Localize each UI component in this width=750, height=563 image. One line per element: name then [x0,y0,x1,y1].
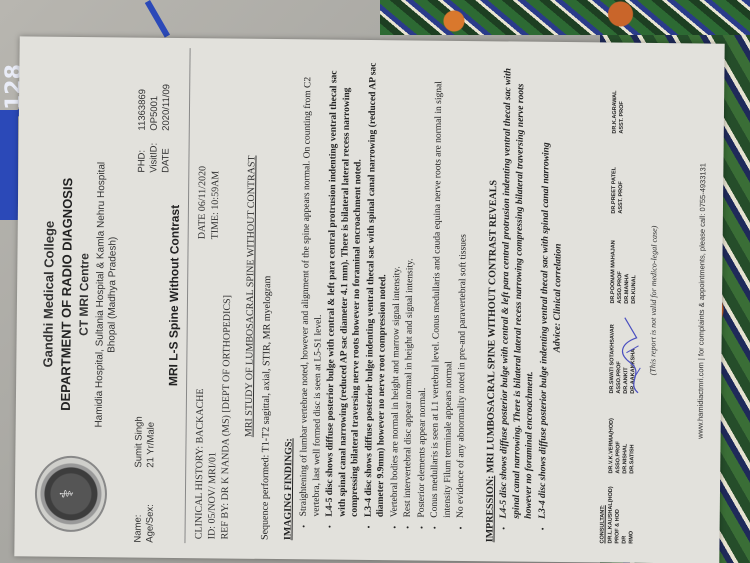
imaging-findings: IMAGING FINDINGS: Straightening of lumba… [282,50,473,542]
study-date: DATE 06/11/2020 [196,166,210,239]
report-header: ⚕ Gandhi Medical College DEPARTMENT OF R… [14,36,129,552]
divider [184,48,190,543]
disclaimer: (This report is not valid for medico-leg… [646,43,660,558]
finding-item: Conus medullaris is seen at L1 vertebral… [429,52,459,518]
consultants-block: CONSULTANT: DR.L.KAUSHAL(HOD)PROF & HODD… [599,53,611,543]
consultant-name: DR.KUNAL [631,240,639,303]
finding-item: L4-5 disc shows diffuse posterior bulge … [324,51,366,517]
sequence-performed: Sequence performed: T1-T2 sagittal, axia… [259,276,273,540]
age-sex-label: Age/Sex: [144,504,156,543]
consultant-name: ASST. PROF [619,91,626,134]
consultant-name: DR.SATISH [629,418,637,473]
finding-item: Straightening of lumbar vertebrae noted,… [298,50,328,516]
findings-list: Straightening of lumbar vertebrae noted,… [297,50,472,542]
consultant-name: RMO [628,487,636,544]
signature-scribble-icon [616,308,647,398]
patient-name: Sumit Singh [133,416,146,467]
consultant-column: DR.POONAM MAHAJANASSO.PROFDR.MANHADR.KUN… [610,240,639,304]
visitid-label: VisitID: [148,143,160,173]
blue-patch [0,110,18,220]
consultant-column: DR.PREET PATELASST. PROF [611,167,625,214]
name-label: Name: [132,504,144,543]
study-time: TIME: 10:59AM [209,166,223,239]
impression-label: IMPRESSION: [484,476,496,543]
footer-contact: www.hamidiactmri.com | for complaints & … [694,43,708,558]
patient-info: Name: Age/Sex: Sumit Singh 21 Yr/Male PH… [132,48,137,543]
patient-age-sex: 21 Yr/Male [145,416,158,467]
signature [616,308,647,398]
report-page: ⚕ Gandhi Medical College DEPARTMENT OF R… [14,36,719,558]
consultant-column: DR.K.AGRAWALASST. PROF [612,90,626,133]
visitid-value: OP5001 [149,84,161,131]
consultant-column: DR.V.K.VERMA(HOD)ASSO.PROFDR.NISHALDR.SA… [608,418,637,474]
consultant-name: ASST. PROF [618,167,625,214]
impression-item: L4-5 disc shows diffuse posterior bulge … [498,52,540,518]
finding-item: L3-4 disc shows diffuse posterior bulge … [362,51,392,517]
impression-title: MRI LUMBOSACRAL SPINE WITHOUT CONTRAST R… [485,180,499,473]
pid-value: 11363869 [137,84,149,131]
patterned-cloth-top [380,0,750,35]
section-title: MRI STUDY OF LUMBOSACRAL SPINE WITHOUT C… [242,39,258,554]
pid-label: PHD: [136,143,148,173]
findings-heading: IMAGING FINDINGS: [282,50,298,540]
referral-block: CLINICAL HISTORY: BACKACHE ID: 05/NOV/ M… [192,49,236,539]
report-paper: ⚕ Gandhi Medical College DEPARTMENT OF R… [14,36,724,563]
impression-list: L4-5 disc shows diffuse posterior bulge … [497,52,553,543]
consultant-column: DR.L.KAUSHAL(HOD)PROF & HODDRRMO [607,486,636,543]
impression-block: IMPRESSION: MRI LUMBOSACRAL SPINE WITHOU… [484,52,565,543]
